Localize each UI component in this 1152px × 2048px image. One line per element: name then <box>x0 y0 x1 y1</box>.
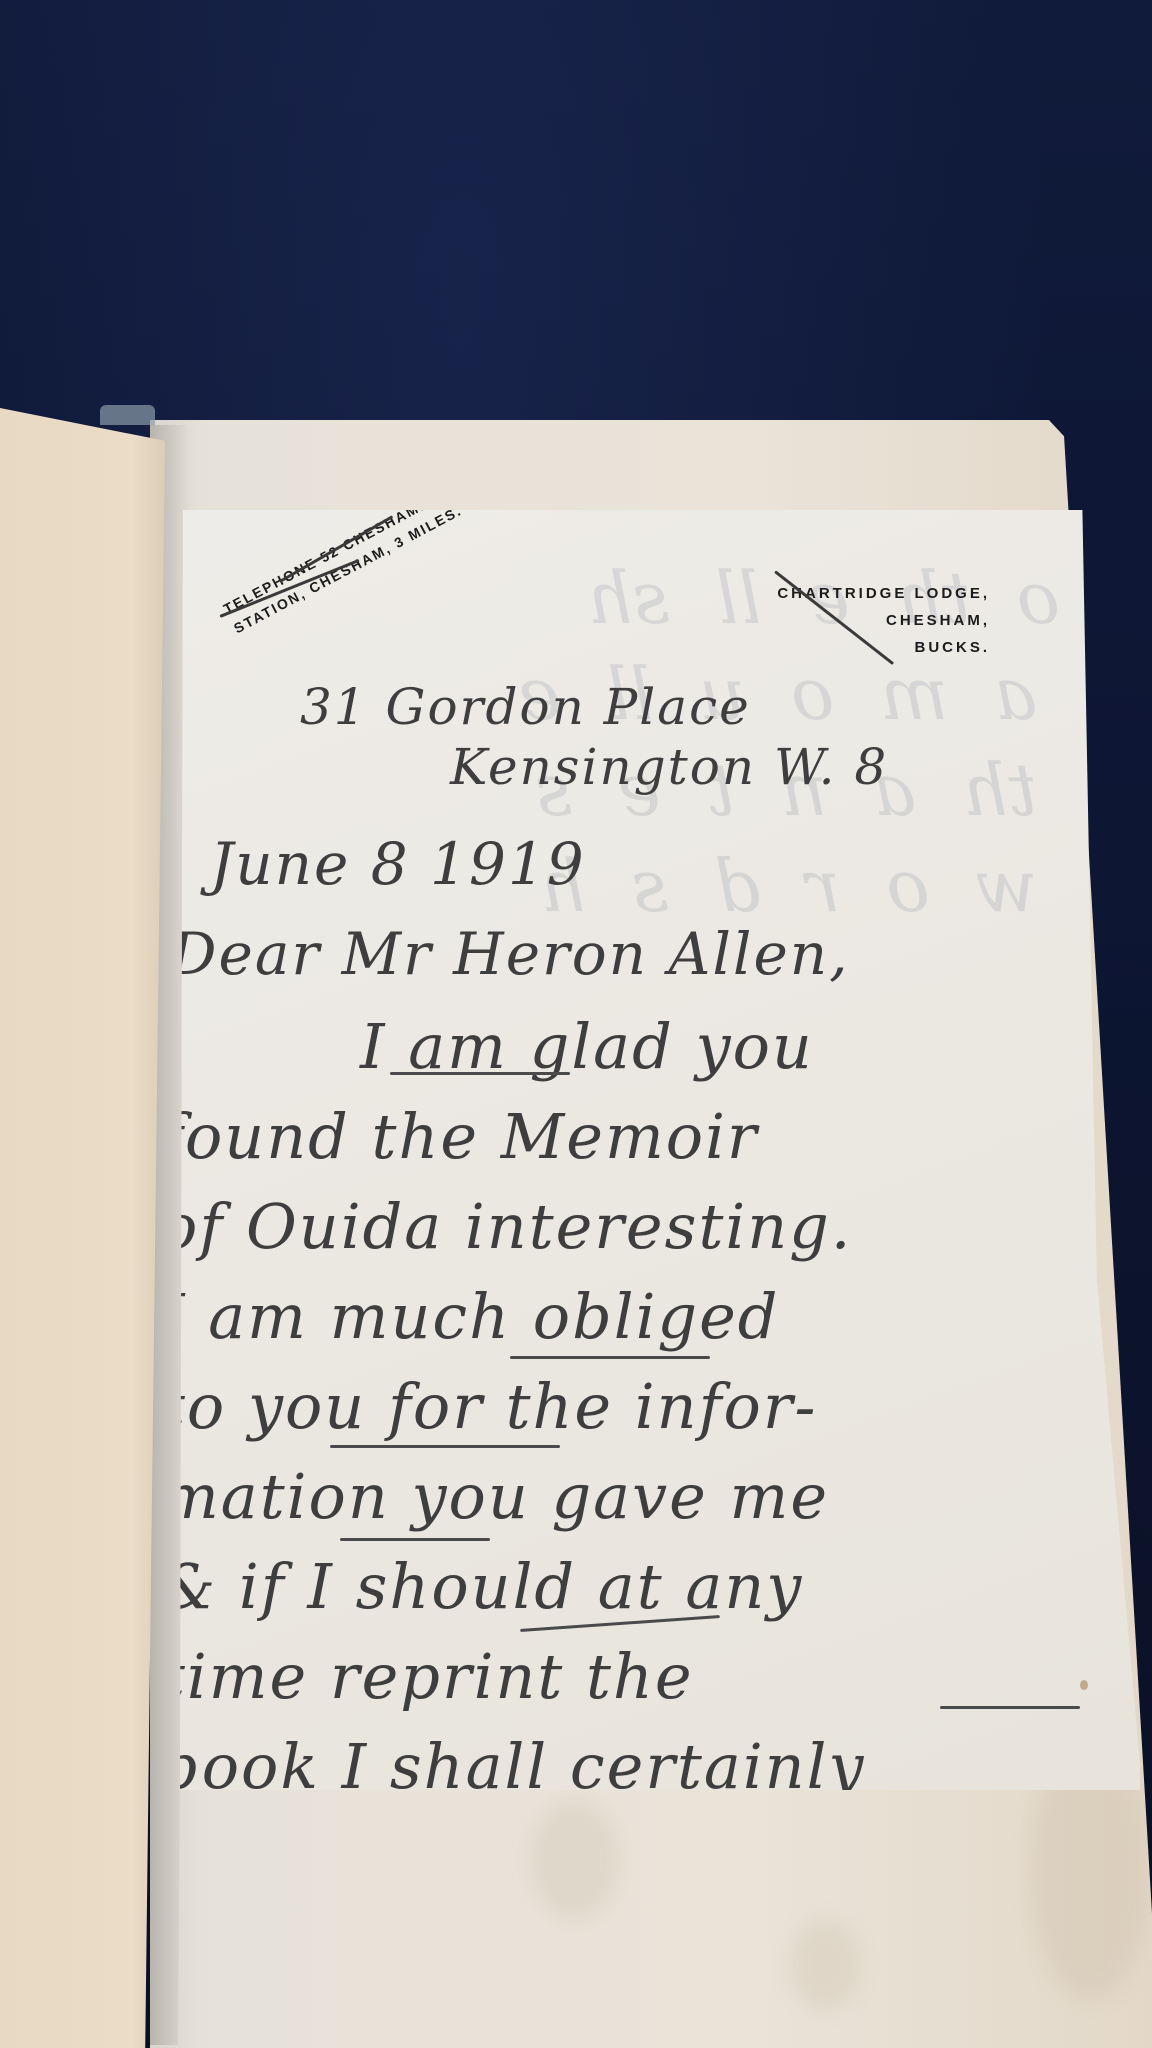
body-line: mation you gave me <box>160 1460 829 1533</box>
t-cross-line <box>940 1706 1080 1709</box>
body-line: time reprint the <box>160 1640 694 1713</box>
address-line-1: 31 Gordon Place <box>300 678 751 736</box>
letter-date: June 8 1919 <box>210 830 586 898</box>
t-cross-line <box>330 1445 560 1448</box>
t-cross-line <box>510 1356 710 1359</box>
letterhead-address: CHARTRIDGE LODGE, CHESHAM, BUCKS. <box>777 580 990 661</box>
flyleaf-page <box>0 408 165 2048</box>
body-line: I am much obliged <box>160 1280 780 1353</box>
foxing-stain <box>530 1800 620 1920</box>
spine-edge <box>100 405 155 425</box>
body-line: of Ouida interesting. <box>160 1190 853 1263</box>
body-line: found the Memoir <box>160 1100 759 1173</box>
t-cross-line <box>340 1538 490 1541</box>
ink-spot <box>1080 1680 1088 1690</box>
body-line: & if I should at any <box>160 1550 803 1623</box>
address-line-2: Kensington W. 8 <box>450 738 888 796</box>
glad-underline <box>390 1072 570 1075</box>
body-line: to you for the infor- <box>160 1370 817 1443</box>
letter-sheet: o th e ll sh a m o u ll e th a n t e s w… <box>180 510 1140 1790</box>
salutation: Dear Mr Heron Allen, <box>170 920 850 988</box>
foxing-stain <box>790 1920 860 2010</box>
